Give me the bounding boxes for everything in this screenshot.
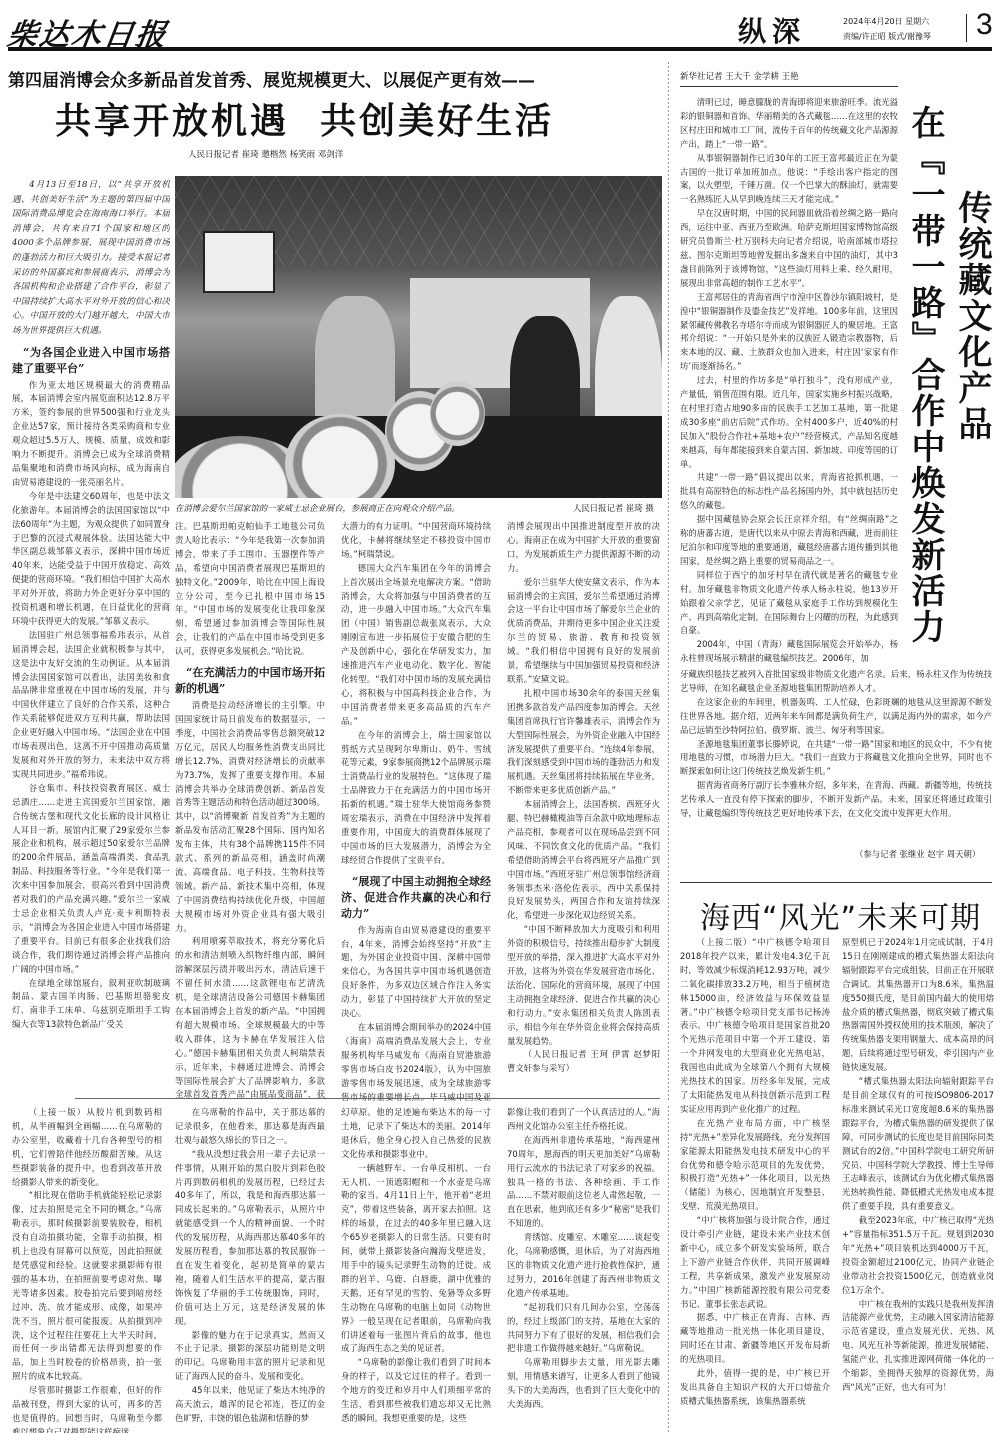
section-divider bbox=[75, 1098, 660, 1099]
masthead: 柴达木日报 纵深 2024年4月20日 星期六 责编/许正昭 版式/谢豫琴 3 bbox=[8, 8, 992, 48]
issue-info: 2024年4月20日 星期六 责编/许正昭 版式/谢豫琴 bbox=[843, 14, 931, 44]
paragraph: 作为海南自由贸易港建设的重要平台，4年来，消博会始终坚持“开放”主题，为外国企业… bbox=[341, 924, 491, 1021]
paragraph: 同样位于西宁的加牙村早在清代就是著名的藏毯专业村。加牙藏毯非物质文化遗产传承人杨… bbox=[680, 569, 898, 639]
column-divider bbox=[668, 62, 669, 1102]
paragraph: 据青海省商务厅副厅长李雅林介绍，多年来，在青海、西藏、新疆等地，传统技艺传承人一… bbox=[680, 779, 992, 821]
photographer-column-2: 在乌席勒的作品中，关于那达慕的记录很多，在他看来，那达慕是海西最壮观与最悠久绵长… bbox=[175, 1106, 325, 1433]
photographer-column-4: 影像让我们看到了一个认真活过的人。”海西州文化馆办公室主任乔格托说。 在海西州非… bbox=[507, 1106, 660, 1433]
intro-text: 4月13日至18日，以“共享开放机遇、共创美好生活”为主题的第四届中国国际消费品… bbox=[12, 178, 170, 339]
brand-screen bbox=[203, 231, 275, 293]
paragraph: “起初我们只有几间办公室，空荡荡的，经过上级部门的支持，基地在大家的共同努力下有… bbox=[507, 1301, 660, 1357]
paragraph: “中国不断释放加大力度吸引和利用外资的积极信号，持续推出稳步扩大制度型开放的举措… bbox=[507, 923, 660, 1048]
lead-byline: 人民日报记者 崔琦 邀楷然 杨笑雨 邓剑洋 bbox=[188, 148, 343, 160]
paragraph: 爱尔兰驻华大使安黛文表示，作为本届消博会的主宾国，爱尔兰希望通过消博会这一平台让… bbox=[507, 576, 660, 687]
page-number: 3 bbox=[976, 8, 993, 42]
paragraph: 共建“一带一路”倡议提出以来，青海省抢抓机遇，一批具有高原特色的标志性产品名扬国… bbox=[680, 471, 898, 513]
paragraph: “我从没想过我会用一辈子去记录一件事情，从刚开始的黑白胶片到彩色胶片再到数码相机… bbox=[175, 1148, 325, 1329]
paragraph: 影像让我们看到了一个认真活过的人。”海西州文化馆办公室主任乔格托说。 bbox=[507, 1106, 660, 1134]
paragraph: 从事银铜器制作已近30年的工匠王富邦最近正在为蒙古国的一批订单加班加点。他说：“… bbox=[680, 152, 898, 208]
paragraph: 在海西州非遗传承基地，“海西建州70周年，愿海西的明天更加美好”乌席勒用行云流水… bbox=[507, 1134, 660, 1231]
haixi-column-2: 原型机已于2024年1月完成试制，于4月15日在刚刚建成的槽式集热器太阳法向辐射… bbox=[842, 936, 994, 1433]
paragraph: 今年是中法建交60周年，也是中法文化旅游年。本届消博会的法国国家馆以“中法60周… bbox=[12, 490, 170, 629]
paragraph: 法国驻广州总领事福希玮表示，从首届消博会起，法国企业就积极参与其中，这是法中友好… bbox=[12, 629, 170, 782]
subhead-2: “在充满活力的中国市场开拓新的机遇” bbox=[175, 665, 325, 697]
paragraph: “乌席勒的影像让我们看到了时间本身的样子，以及它过往的样子。看到一个地方的变迁和… bbox=[341, 1356, 491, 1426]
right-story-wide: 牙藏族织毯技艺被列入首批国家级非物质文化遗产名录。后来，杨永柱又作为传统技艺导师… bbox=[680, 668, 992, 846]
paragraph: 此外，值得一提的是，中广核已开发出具备自主知识产权的大开口熔盐介质槽式集热器系统… bbox=[680, 1367, 830, 1409]
column-divider bbox=[668, 1106, 669, 1433]
paragraph: “中广核将加强与设计院合作，通过设计牵引产业链，建设未来产业技术创新中心，成立多… bbox=[680, 1214, 830, 1311]
lead-column-1: 4月13日至18日，以“共享开放机遇、共创美好生活”为主题的第四届中国国际消费品… bbox=[12, 178, 170, 1100]
lead-intro: 4月13日至18日，以“共享开放机遇、共创美好生活”为主题的第四届中国国际消费品… bbox=[12, 178, 170, 339]
paragraph: 据中国藏毯协会原会长汪京祥介绍，有“丝绸南路”之称的唐蕃古道，是唐代以来从中原去… bbox=[680, 513, 898, 569]
paragraph: 王富邦居住的青海省西宁市湟中区鲁沙尔镇阳坡村，是湟中“银铜器制作及鎏金技艺”发祥… bbox=[680, 291, 898, 374]
lead-kicker: 第四届消博会众多新品首发首秀、展览规模更大、以展促产更有效—— bbox=[8, 66, 535, 91]
section-name: 纵深 bbox=[738, 10, 806, 50]
masthead-rule bbox=[8, 47, 992, 51]
paragraph: 一辆越野车、一台单反相机、一台无人机、一顶遮阳帽和一个水壶是乌席勒的家当。4月1… bbox=[341, 1162, 491, 1357]
paragraph: （上接一版）从胶片机到数码相机，从半画幅到全画幅……在乌席勒的办公室里，收藏着十… bbox=[12, 1106, 162, 1189]
paragraph: 注。巴基斯坦帕克帕仙手工地毯公司负责人哈比表示：“今年是我第一次参加消博会，带来… bbox=[175, 520, 325, 659]
paragraph: 青绣馆、皮雕室、木雕室……谈起变化，乌席勒感慨，退休后，为了对海西地区的非物质文… bbox=[507, 1231, 660, 1301]
byline-rule bbox=[680, 86, 898, 87]
paragraph: 德国大众汽车集团在今年的消博会上首次展出全场景充电解决方案。“借助消博会，大众将… bbox=[341, 562, 491, 729]
issue-date: 2024年4月20日 星期六 bbox=[843, 14, 931, 29]
right-byline: 新华社记者 王大千 金学耕 王艳 bbox=[680, 70, 799, 82]
paragraph: 2004年，中国（青海）藏毯国际展览会开始举办，杨永柱曾现场展示精湛的藏毯编织技… bbox=[680, 638, 898, 666]
whiskey-barrel bbox=[430, 381, 485, 446]
paragraph: 中广核在我州的实践只是我州发挥清洁能源产业优势，主动融入国家清洁能源示范省建设，… bbox=[842, 1298, 994, 1395]
paragraph: 据悉，中广核正在青海、吉林、西藏等地推动一批光热一体化项目建设，同时还在甘肃、新… bbox=[680, 1311, 830, 1367]
paragraph: 牙藏族织毯技艺被列入首批国家级非物质文化遗产名录。后来，杨永柱又作为传统技艺导师… bbox=[680, 668, 992, 696]
photo-credit: 人民日报记者 崔琦 摄 bbox=[573, 502, 654, 514]
right-headline: 在『一带一路』合作中焕发新活力 bbox=[901, 105, 950, 645]
subhead-1: “为各国企业进入中国市场搭建了重要平台” bbox=[12, 345, 170, 377]
paragraph: 圣源地毯集团董事长滕婷说，在共建“一带一路”国家和地区的民众中，不少有使用地毯的… bbox=[680, 738, 992, 780]
paragraph: 在本届消博会期间举办的2024中国（海南）高端消费品发展大会上，专业服务机构毕马… bbox=[341, 1021, 491, 1102]
paragraph: 过去，村里的作坊多是“单打独斗”，没有形成产业，产量低，销售范围有限。近几年，国… bbox=[680, 374, 898, 471]
page-number-divider bbox=[966, 14, 967, 42]
paragraph: 谷仓集市、科技投资教育展区、威士忌酒庄……走进主宾国爱尔兰国家馆，融合传统古堡和… bbox=[12, 782, 170, 977]
paragraph: 在绿地全球馆展台，叙利亚吹制玻璃制品、蒙古国羊肉肠、巴基斯坦骆驼皮灯、南非手工床… bbox=[12, 977, 170, 1033]
paragraph: 消博会展现出中国推进制度型开放的决心。海南正在成为中国扩大开放的重要窗口，为发展… bbox=[507, 520, 660, 576]
paragraph: 消费是拉动经济增长的主引擎。中国国家统计局日前发布的数据显示，一季度，中国社会消… bbox=[175, 699, 325, 935]
right-sign-off: （参与记者 张继业 赵宇 周天朝） bbox=[855, 848, 980, 860]
lead-column-4: 消博会展现出中国推进制度型开放的决心。海南正在成为中国扩大开放的重要窗口，为发展… bbox=[507, 520, 660, 1080]
editors-credit: 责编/许正昭 版式/谢豫琴 bbox=[843, 29, 931, 44]
photographer-column-3: 幻草原。他的足迹遍布柴达木的每一寸土地，记录下了柴达木的美丽。2014年退休后，… bbox=[341, 1106, 491, 1433]
lead-column-3: 大潜力的有力证明。“中国营商环境持续优化，卡赫将继续坚定不移投资中国市场。”柯瑞… bbox=[341, 520, 491, 1102]
sign-off: （人民日报记者 王珂 伊霄 赵梦阳 曹文轩参与采写） bbox=[507, 1048, 660, 1076]
paragraph: 在今年的消博会上，瑞士国家馆以剪纸方式呈现阿尔卑斯山、奶牛、雪绒花等元素，9家参… bbox=[341, 729, 491, 868]
paragraph: 在光热产业布局方面，中广核坚持“光热+”差异化发展路线，充分发挥国家能源太阳能热… bbox=[680, 1117, 830, 1214]
right-story-narrow: 清明已过，睡意朦胧的青海即将迎来旅游旺季。流光溢彩的银铜器和首饰、华丽精美的各式… bbox=[680, 96, 898, 668]
paragraph: 幻草原。他的足迹遍布柴达木的每一寸土地，记录下了柴达木的美丽。2014年退休后，… bbox=[341, 1106, 491, 1162]
lead-headline: 共享开放机遇 共创美好生活 bbox=[55, 93, 554, 144]
paragraph: 早在汉唐时期，中国的民间器皿就沿着丝绸之路一路向西，运往中亚、西亚乃至欧洲。哈萨… bbox=[680, 207, 898, 290]
subhead-3: “展现了中国主动拥抱全球经济、促进合作共赢的决心和行动力” bbox=[341, 874, 491, 922]
paragraph: 作为亚太地区规模最大的消费精品展，本届消博会室内展览面积达12.8万平方米，签约… bbox=[12, 379, 170, 490]
paragraph: 原型机已于2024年1月完成试制，于4月15日在刚刚建成的槽式集热器太阳法向辐射… bbox=[842, 936, 994, 1075]
paragraph: “相比现在借助手机就能轻松记录影像，过去拍照是完全不同的概念。”乌席勒表示，那时… bbox=[12, 1189, 162, 1384]
right-headline-2: 传统藏文化产品 bbox=[948, 190, 997, 442]
paragraph: 45年以来，他见证了柴达木纯净的高天流云，雄浑的昆仑祁连，苍辽的金色旷野，丰饶的… bbox=[175, 1384, 325, 1426]
haixi-headline: 海西“风光”未来可期 bbox=[700, 893, 981, 937]
lead-column-2: 注。巴基斯坦帕克帕仙手工地毯公司负责人哈比表示：“今年是我第一次参加消博会，带来… bbox=[175, 520, 325, 1102]
story-divider bbox=[680, 882, 992, 883]
haixi-column-1: （上接二版）“中广核德令哈项目2018年投产以来，累计发电4.3亿千瓦时，等效减… bbox=[680, 936, 830, 1433]
photo-caption: 在消博会爱尔兰国家馆的一家威士忌企业展台，参展商正在向观众介绍产品。 bbox=[175, 502, 460, 514]
paragraph: 在这家企业的车间里，机器轰鸣、工人忙碌，色彩斑斓的地毯从这里源源不断发往世界各地… bbox=[680, 696, 992, 738]
paragraph: 清明已过，睡意朦胧的青海即将迎来旅游旺季。流光溢彩的银铜器和首饰、华丽精美的各式… bbox=[680, 96, 898, 152]
paragraph: 影像的魅力在于记录真实，然而又不止于记录。摄影的深层功能则是文明的印记。乌席勒用… bbox=[175, 1329, 325, 1385]
photographer-column-1: （上接一版）从胶片机到数码相机，从半画幅到全画幅……在乌席勒的办公室里，收藏着十… bbox=[12, 1106, 162, 1433]
paragraph: 在乌席勒的作品中，关于那达慕的记录很多，在他看来，那达慕是海西最壮观与最悠久绵长… bbox=[175, 1106, 325, 1148]
lead-photo bbox=[175, 176, 662, 498]
paragraph: 本届消博会上，法国香槟、西班牙火腿、特巴赫橄榄油等百余款中欧地理标志产品亮相，参… bbox=[507, 798, 660, 923]
paragraph: 大潜力的有力证明。“中国营商环境持续优化，卡赫将继续坚定不移投资中国市场。”柯瑞… bbox=[341, 520, 491, 562]
paragraph: 乌席勒用脚步去丈量，用光影去雕刻，用情感来谱写，让更多人看到了他镜头下的大美海西… bbox=[507, 1356, 660, 1412]
paragraph: “槽式集热器太阳法向辐射跟踪平台是目前全球仅有的可按ISO9806-2017标准… bbox=[842, 1075, 994, 1214]
paragraph: 截至2023年底，中广核已取得“光热+”容量指标351.5万千瓦。规划到2030… bbox=[842, 1214, 994, 1297]
paragraph: （上接二版）“中广核德令哈项目2018年投产以来，累计发电4.3亿千瓦时，等效减… bbox=[680, 936, 830, 1117]
paragraph: 扎根中国市场30余年的泰国天丝集团携多款首发产品四度参加消博会。天丝集团首席执行… bbox=[507, 687, 660, 798]
paragraph: 利用喷雾萃取技术，将充分雾化后的水和清洁剂喷入织物纤维内部，瞬间溶解深层污渍并吸… bbox=[175, 935, 325, 1102]
paragraph: 尽管那时摄影工作很难，但好的作品被刊登，得到大家的认可，再多的苦也是值得的。回想… bbox=[12, 1384, 162, 1433]
